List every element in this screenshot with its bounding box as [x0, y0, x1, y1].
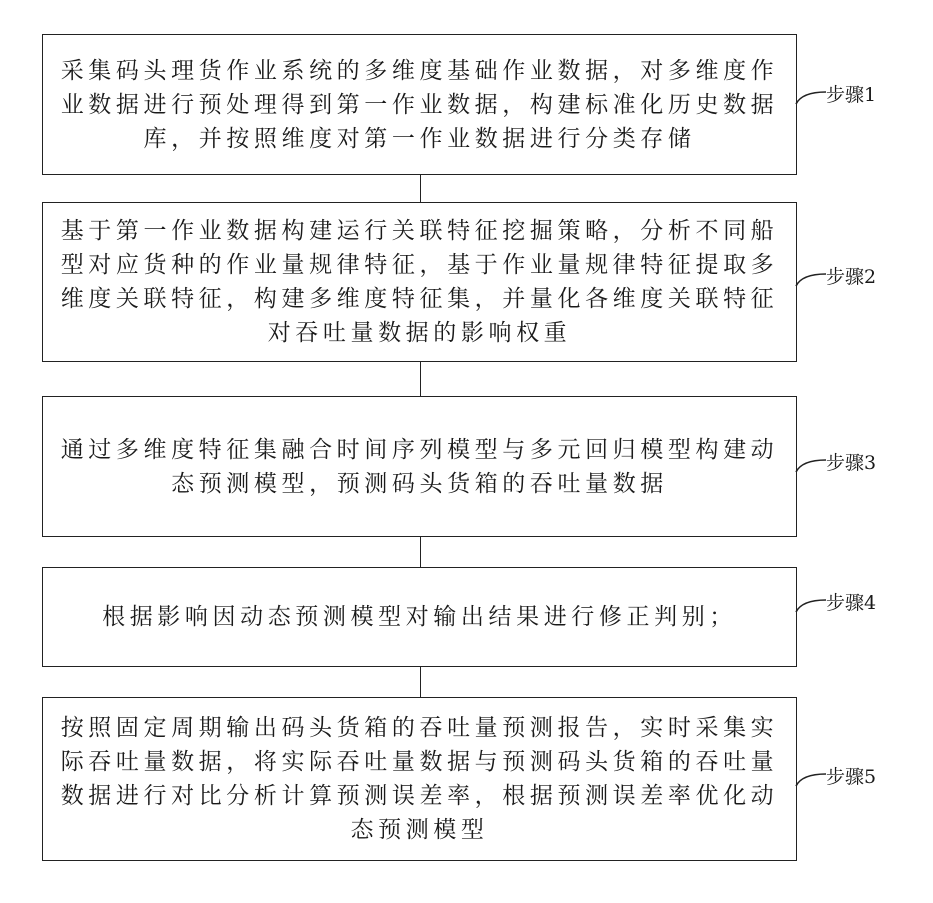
- step-2-box: 基于第一作业数据构建运行关联特征挖掘策略，分析不同船型对应货种的作业量规律特征，…: [42, 202, 797, 362]
- connector-3-4: [420, 537, 421, 567]
- step-4-box: 根据影响因动态预测模型对输出结果进行修正判别；: [42, 567, 797, 667]
- step-1-box: 采集码头理货作业系统的多维度基础作业数据，对多维度作业数据进行预处理得到第一作业…: [42, 34, 797, 175]
- step-3-box: 通过多维度特征集融合时间序列模型与多元回归模型构建动态预测模型，预测码头货箱的吞…: [42, 396, 797, 537]
- leader-line-5: [796, 766, 828, 790]
- step-2-label: 步骤2: [826, 262, 876, 289]
- leader-line-1: [796, 84, 828, 108]
- step-1-text: 采集码头理货作业系统的多维度基础作业数据，对多维度作业数据进行预处理得到第一作业…: [61, 54, 779, 156]
- step-1-label: 步骤1: [826, 80, 876, 107]
- step-5-box: 按照固定周期输出码头货箱的吞吐量预测报告，实时采集实际吞吐量数据，将实际吞吐量数…: [42, 697, 797, 861]
- step-5-label: 步骤5: [826, 762, 876, 789]
- step-3-text: 通过多维度特征集融合时间序列模型与多元回归模型构建动态预测模型，预测码头货箱的吞…: [61, 433, 779, 501]
- connector-4-5: [420, 667, 421, 697]
- leader-line-4: [796, 592, 828, 616]
- step-2-text: 基于第一作业数据构建运行关联特征挖掘策略，分析不同船型对应货种的作业量规律特征，…: [61, 214, 779, 350]
- connector-1-2: [420, 175, 421, 202]
- step-4-text: 根据影响因动态预测模型对输出结果进行修正判别；: [61, 600, 779, 634]
- connector-2-3: [420, 362, 421, 396]
- step-4-label: 步骤4: [826, 588, 876, 615]
- leader-line-2: [796, 266, 828, 290]
- step-3-label: 步骤3: [826, 448, 876, 475]
- leader-line-3: [796, 452, 828, 476]
- step-5-text: 按照固定周期输出码头货箱的吞吐量预测报告，实时采集实际吞吐量数据，将实际吞吐量数…: [61, 711, 779, 847]
